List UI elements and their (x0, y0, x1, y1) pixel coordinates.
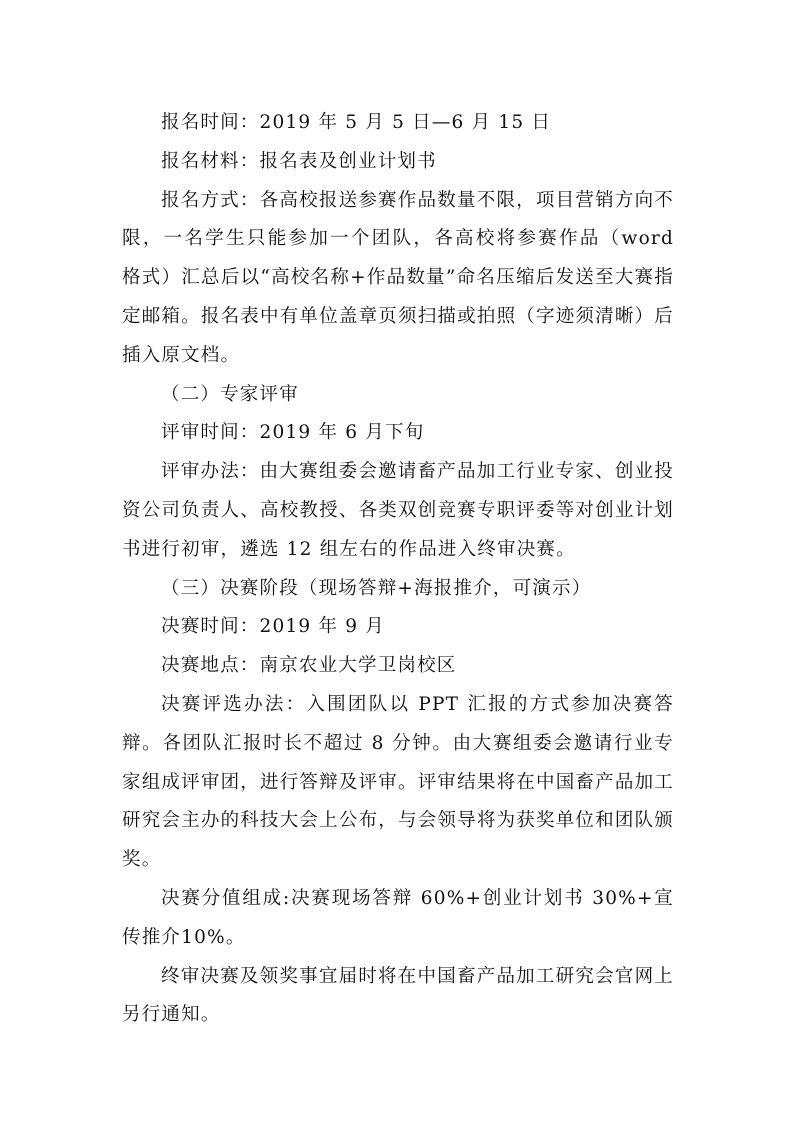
section-heading-final-stage: （三）决赛阶段（现场答辩+海报推介，可演示） (122, 570, 674, 609)
paragraph-review-time: 评审时间：2019 年 6 月下旬 (122, 414, 674, 453)
paragraph-registration-time: 报名时间：2019 年 5 月 5 日—6 月 15 日 (122, 104, 674, 143)
paragraph-final-time: 决赛时间：2019 年 9 月 (122, 608, 674, 647)
paragraph-registration-method: 报名方式：各高校报送参赛作品数量不限，项目营销方向不限，一名学生只能参加一个团队… (122, 182, 674, 376)
section-heading-expert-review: （二）专家评审 (122, 376, 674, 415)
document-page: 报名时间：2019 年 5 月 5 日—6 月 15 日 报名材料：报名表及创业… (122, 104, 674, 1035)
paragraph-final-score-composition: 决赛分值组成:决赛现场答辩 60%+创业计划书 30%+宣传推介10%。 (122, 880, 674, 958)
paragraph-final-selection-method: 决赛评选办法：入围团队以 PPT 汇报的方式参加决赛答辩。各团队汇报时长不超过 … (122, 686, 674, 880)
paragraph-final-notice: 终审决赛及领奖事宜届时将在中国畜产品加工研究会官网上另行通知。 (122, 958, 674, 1036)
paragraph-final-venue: 决赛地点：南京农业大学卫岗校区 (122, 647, 674, 686)
paragraph-review-method: 评审办法：由大赛组委会邀请畜产品加工行业专家、创业投资公司负责人、高校教授、各类… (122, 453, 674, 569)
paragraph-registration-materials: 报名材料：报名表及创业计划书 (122, 143, 674, 182)
